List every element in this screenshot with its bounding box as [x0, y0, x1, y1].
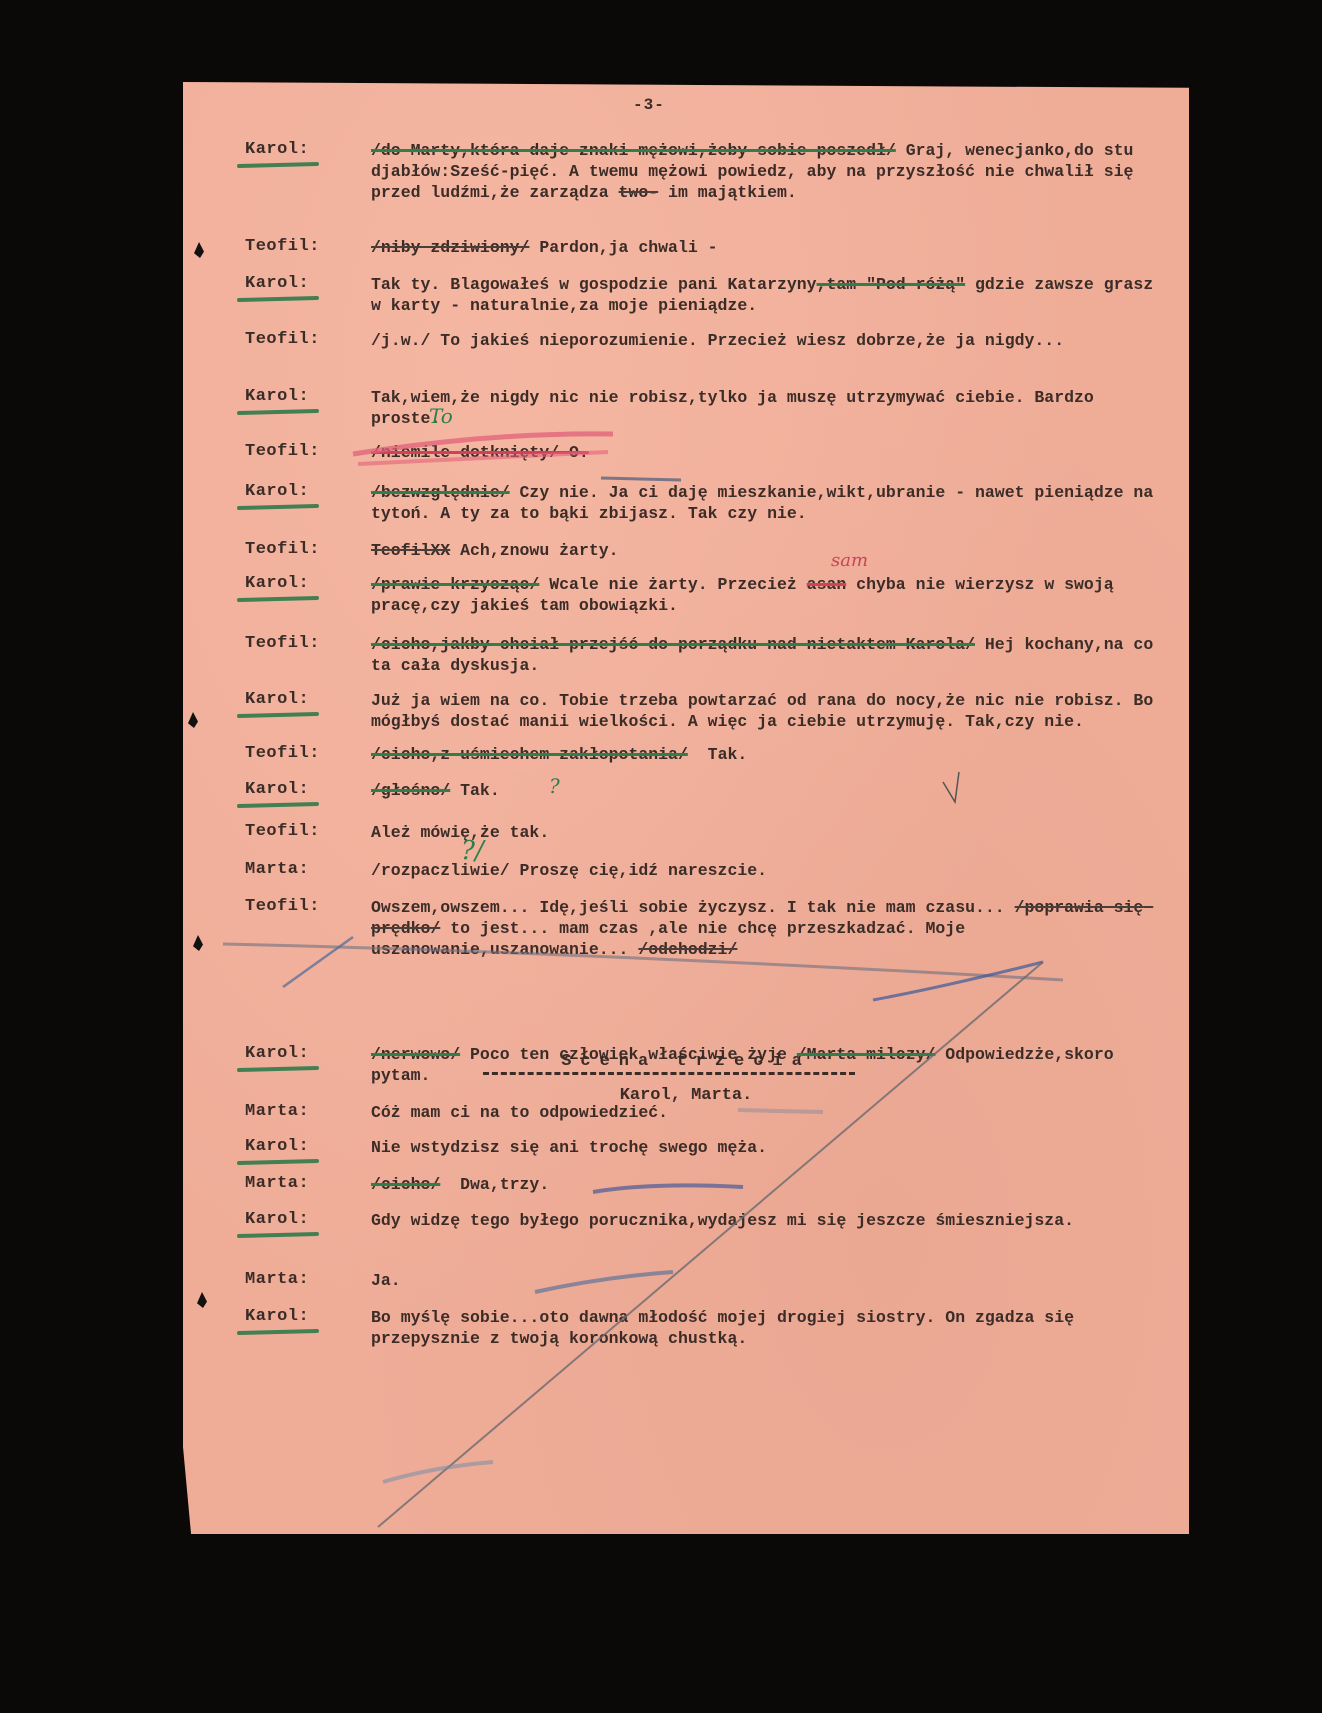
- dialogue-text: Owszem,owszem... Idę,jeśli sobie życzysz…: [371, 897, 1155, 960]
- dialogue-text: Tak ty. Blagowałeś w gospodzie pani Kata…: [371, 274, 1155, 316]
- speaker-name: Karol:: [245, 690, 309, 709]
- struck-stage-direction: TeofilXX: [371, 541, 450, 560]
- struck-stage-direction: /bezwzględnie/: [371, 483, 510, 502]
- spoken-text: Dwa,trzy.: [440, 1175, 549, 1194]
- spoken-text: im majątkiem.: [658, 183, 797, 202]
- dialogue-text: Bo myślę sobie...oto dawna młodość mojej…: [371, 1307, 1155, 1349]
- spoken-text: Owszem,owszem... Idę,jeśli sobie życzysz…: [371, 898, 1015, 917]
- struck-stage-direction: two-: [619, 183, 659, 202]
- speaker-name: Karol:: [245, 1210, 309, 1229]
- struck-stage-direction: /cicho,z uśmiechem zakłopotania/: [371, 745, 688, 764]
- speaker-name: Teofil:: [245, 744, 320, 763]
- dialogue-text: Cóż mam ci na to odpowiedzieć.: [371, 1102, 1155, 1123]
- struck-stage-direction: asan: [807, 575, 847, 594]
- spoken-text: Tak ty. Blagowałeś w gospodzie pani Kata…: [371, 275, 817, 294]
- speaker-name: Marta:: [245, 1270, 309, 1289]
- spoken-text: /j.w./ To jakieś nieporozumienie. Przeci…: [371, 331, 1064, 350]
- speaker-name: Karol:: [245, 1137, 309, 1156]
- margin-mark: [193, 935, 203, 951]
- struck-stage-direction: /odchodzi/: [638, 940, 737, 959]
- spoken-text: Wcale nie żarty. Przecież: [539, 575, 806, 594]
- speaker-name: Karol:: [245, 274, 309, 293]
- speaker-name: Karol:: [245, 1044, 309, 1063]
- dialogue-text: Ja.: [371, 1270, 1155, 1291]
- speaker-name: Teofil:: [245, 540, 320, 559]
- spoken-text: Ja.: [371, 1271, 401, 1290]
- dialogue-text: /cicho,z uśmiechem zakłopotania/ Tak.: [371, 744, 1155, 765]
- speaker-name: Teofil:: [245, 897, 320, 916]
- speaker-name: Teofil:: [245, 330, 320, 349]
- spoken-text: Gdy widzę tego byłego porucznika,wydajes…: [371, 1211, 1074, 1230]
- speaker-name: Karol:: [245, 140, 309, 159]
- struck-stage-direction: /nerwowo/: [371, 1045, 460, 1064]
- spoken-text: Tak.: [450, 781, 500, 800]
- struck-stage-direction: /Marta milczy/: [797, 1045, 936, 1064]
- spoken-text: Tak,wiem,że nigdy nic nie robisz,tylko j…: [371, 388, 1104, 428]
- spoken-text: Bo myślę sobie...oto dawna młodość mojej…: [371, 1308, 1084, 1348]
- dialogue-text: /cicho/ Dwa,trzy.: [371, 1174, 1155, 1195]
- speaker-name: Karol:: [245, 780, 309, 799]
- page-number: -3-: [633, 96, 665, 114]
- dialogue-text: /rozpaczliwie/ Proszę cię,idź nareszcie.: [371, 860, 1155, 881]
- dialogue-text: /bezwzględnie/ Czy nie. Ja ci daję miesz…: [371, 482, 1155, 524]
- margin-mark: [197, 1292, 207, 1308]
- handwritten-note: sam: [831, 550, 868, 571]
- dialogue-text: Gdy widzę tego byłego porucznika,wydajes…: [371, 1210, 1155, 1231]
- struck-stage-direction: /prawie krzycząc/: [371, 575, 539, 594]
- margin-mark: [194, 242, 204, 258]
- struck-stage-direction: /niemile dotknięty/ O.: [371, 443, 589, 462]
- spoken-text: Ach,znowu żarty.: [450, 541, 618, 560]
- dialogue-text: /niemile dotknięty/ O.: [371, 442, 1155, 463]
- dialogue-text: Już ja wiem na co. Tobie trzeba powtarza…: [371, 690, 1155, 732]
- dialogue-text: TeofilXX Ach,znowu żarty.: [371, 540, 1155, 561]
- spoken-text: /rozpaczliwie/ Proszę cię,idź nareszcie.: [371, 861, 767, 880]
- dialogue-text: /niby zdziwiony/ Pardon,ja chwali -: [371, 237, 1155, 258]
- dialogue-text: /nerwowo/ Poco ten człowiek właściwie ży…: [371, 1044, 1155, 1086]
- dialogue-text: Tak,wiem,że nigdy nic nie robisz,tylko j…: [371, 387, 1155, 429]
- speaker-name: Marta:: [245, 1102, 309, 1121]
- spoken-text: Cóż mam ci na to odpowiedzieć.: [371, 1103, 668, 1122]
- typescript-page: -3- Karol:/do Marty,która daje znaki męż…: [183, 82, 1189, 1534]
- handwritten-note: ?/: [461, 836, 484, 866]
- dialogue-text: /prawie krzycząc/ Wcale nie żarty. Przec…: [371, 574, 1155, 616]
- spoken-text: Pardon,ja chwali -: [529, 238, 717, 257]
- spoken-text: Nie wstydzisz się ani trochę swego męża.: [371, 1138, 767, 1157]
- speaker-name: Teofil:: [245, 442, 320, 461]
- spoken-text: Już ja wiem na co. Tobie trzeba powtarza…: [371, 691, 1163, 731]
- speaker-name: Teofil:: [245, 822, 320, 841]
- struck-stage-direction: /niby zdziwiony/: [371, 238, 529, 257]
- speaker-name: Karol:: [245, 387, 309, 406]
- struck-stage-direction: /cicho,jakby chciał przejść do porządku …: [371, 635, 975, 654]
- speaker-name: Teofil:: [245, 634, 320, 653]
- speaker-name: Karol:: [245, 482, 309, 501]
- dialogue-text: /głośno/ Tak.: [371, 780, 1155, 801]
- speaker-name: Marta:: [245, 860, 309, 879]
- speaker-name: Karol:: [245, 1307, 309, 1326]
- spoken-text: Tak.: [688, 745, 747, 764]
- dialogue-text: /j.w./ To jakieś nieporozumienie. Przeci…: [371, 330, 1155, 351]
- dialogue-text: /cicho,jakby chciał przejść do porządku …: [371, 634, 1155, 676]
- struck-stage-direction: /głośno/: [371, 781, 450, 800]
- speaker-name: Teofil:: [245, 237, 320, 256]
- spoken-text: Poco ten człowiek właściwie żyje: [460, 1045, 797, 1064]
- handwritten-note: To: [429, 404, 453, 428]
- struck-stage-direction: ,tam "Pod różą": [817, 275, 966, 294]
- margin-mark: [188, 712, 198, 728]
- dialogue-text: Nie wstydzisz się ani trochę swego męża.: [371, 1137, 1155, 1158]
- dialogue-text: /do Marty,która daje znaki mężowi,żeby s…: [371, 140, 1155, 203]
- struck-stage-direction: /cicho/: [371, 1175, 440, 1194]
- speaker-name: Karol:: [245, 574, 309, 593]
- struck-stage-direction: /do Marty,która daje znaki mężowi,żeby s…: [371, 141, 896, 160]
- dialogue-text: Ależ mówię,że tak.: [371, 822, 1155, 843]
- handwritten-note: ?: [549, 774, 560, 798]
- speaker-name: Marta:: [245, 1174, 309, 1193]
